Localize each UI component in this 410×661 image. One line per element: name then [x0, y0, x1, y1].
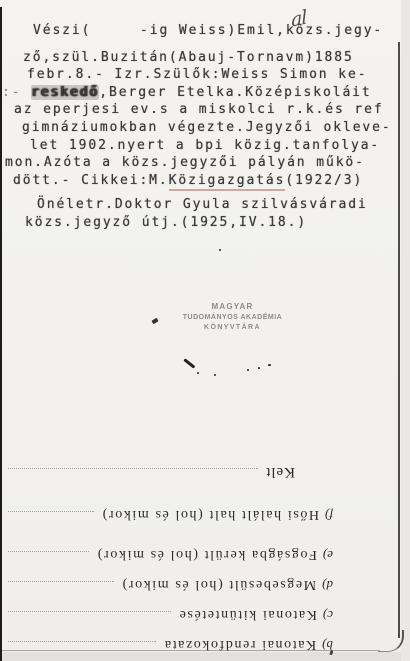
form-row-label: Megsebesült (hol és mikor)	[121, 576, 316, 592]
typed-line-start: dött.- Cikkei:M.	[13, 173, 169, 188]
ink-speck	[151, 318, 158, 325]
dotted-fill-line	[8, 551, 89, 552]
typed-line: Vészi( -ig Weiss)Emil,közs.jegy-	[33, 22, 410, 40]
library-stamp: MAGYAR TUDOMÁNYOS AKADÉMIA KÖNYVTÁRA	[170, 302, 295, 331]
ink-speck	[268, 364, 271, 366]
printed-form-upside-down: b)Katonai rendfokozata c)Katonai kitünte…	[0, 444, 410, 656]
ink-speck	[184, 358, 196, 368]
typed-line-end: (1922/3)	[285, 173, 363, 188]
form-row: f)Hősi halált halt (hol és mikor)	[0, 506, 410, 523]
form-date-label: Kelt	[265, 463, 295, 480]
dotted-fill-line	[8, 511, 94, 512]
form-row-letter: d)	[322, 577, 333, 593]
typed-line: febr.8.- Izr.Szülők:Weiss Simon ke-	[27, 66, 410, 84]
form-row-label: Katonai rendfokozata	[163, 636, 316, 652]
form-row-letter: f)	[325, 507, 333, 523]
form-row-label: Hősi halált halt (hol és mikor)	[101, 506, 319, 522]
form-row: c)Katonai kitüntetése	[0, 606, 410, 623]
typed-biography: Vészi( -ig Weiss)Emil,közs.jegy- ző,szül…	[0, 22, 410, 232]
stamp-line: KÖNYVTÁRA	[170, 324, 295, 331]
ink-speck	[219, 249, 221, 251]
ink-speck	[197, 372, 199, 374]
typed-overstruck-word: reskedő	[31, 85, 99, 100]
typed-line: :- reskedő,Berger Etelka.Középiskoláit	[2, 84, 410, 102]
typed-correction-mark: :-	[2, 85, 31, 100]
dotted-fill-line	[8, 641, 156, 642]
form-row: d)Megsebesült (hol és mikor)	[0, 576, 410, 593]
typed-line: ző,szül.Buzitán(Abauj-Tornavm)1885	[23, 49, 410, 67]
form-row-label: Katonai kitüntetése	[178, 606, 317, 622]
form-row-letter: e)	[323, 547, 333, 563]
typed-line: mon.Azóta a közs.jegyzői pályán műkö-	[5, 154, 410, 172]
typed-line-rest: ,Berger Etelka.Középiskoláit	[99, 85, 371, 100]
dotted-fill-line	[8, 468, 258, 469]
typed-line: gimnáziumokban végezte.Jegyzői okleve-	[22, 119, 410, 137]
form-row-letter: c)	[323, 607, 333, 623]
form-row-label: Fogságba került (hol és mikor)	[96, 546, 317, 562]
typed-line: közs.jegyző útj.(1925,IV.18.)	[25, 214, 410, 232]
ink-speck	[258, 367, 260, 369]
typed-line: Önéletr.Doktor Gyula szilvásváradi	[37, 196, 410, 214]
typed-line: dött.- Cikkei:M.Közigazgatás(1922/3)	[13, 172, 410, 190]
typed-line: let 1902.nyert a bpi közig.tanfolya-	[30, 137, 410, 155]
ink-speck	[247, 369, 249, 371]
typed-line: az eperjesi ev.s a miskolci r.k.és ref	[14, 101, 410, 119]
scanned-index-card: al Vészi( -ig Weiss)Emil,közs.jegy- ző,s…	[0, 0, 410, 661]
dotted-fill-line	[8, 581, 114, 582]
typed-underlined-title: Közigazgatás	[169, 173, 286, 191]
ink-speck	[214, 374, 216, 376]
stamp-line: TUDOMÁNYOS AKADÉMIA	[170, 314, 295, 321]
dotted-fill-line	[8, 611, 171, 612]
form-row-letter: b)	[322, 637, 333, 653]
stamp-line: MAGYAR	[170, 302, 295, 311]
form-row: b)Katonai rendfokozata	[0, 636, 410, 653]
form-date-row: Kelt	[0, 463, 410, 480]
form-row: e)Fogságba került (hol és mikor)	[0, 546, 410, 563]
